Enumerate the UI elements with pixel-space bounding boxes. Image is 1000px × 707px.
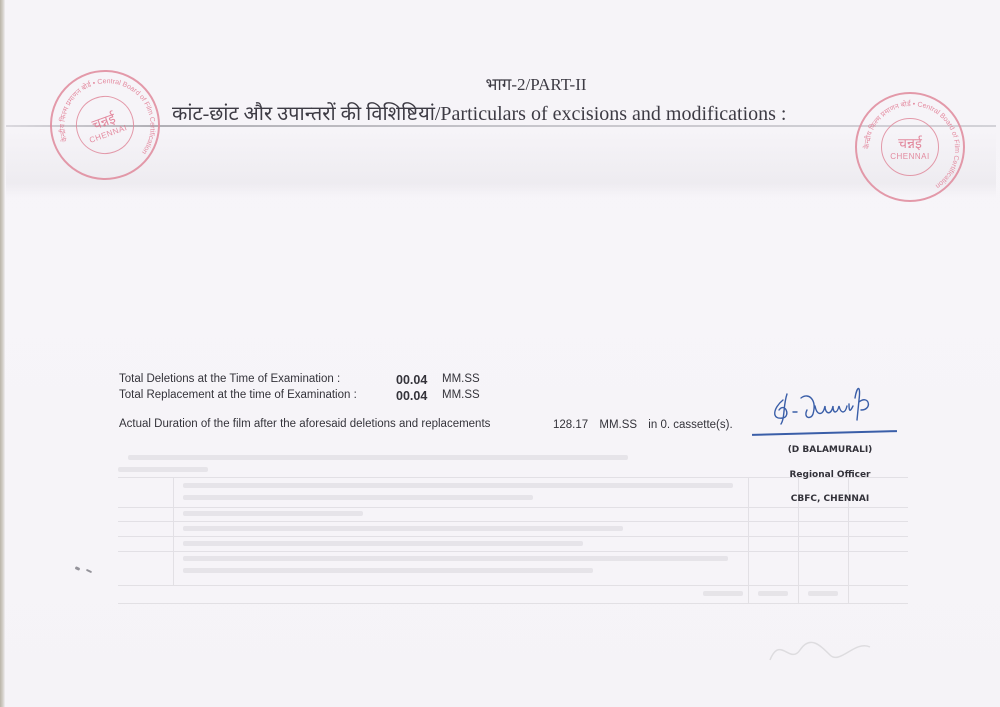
total-replacement-label: Total Replacement at the time of Examina… bbox=[119, 389, 357, 401]
signatory-designation: Regional Officer bbox=[760, 470, 900, 480]
total-replacement-value: 00.04 bbox=[396, 389, 427, 403]
duration-value: 128.17 bbox=[553, 419, 588, 431]
certificate-page: भाग-2/PART-II कांट-छांट और उपान्तरों की … bbox=[0, 0, 1000, 707]
duration-unit: MM.SS bbox=[599, 419, 637, 431]
show-through-signature bbox=[760, 625, 890, 675]
total-deletions-value: 00.04 bbox=[396, 373, 427, 387]
seal-city-english: CHENNAI bbox=[857, 152, 963, 161]
part-heading: भाग-2/PART-II bbox=[36, 72, 1000, 95]
duration-label: Actual Duration of the film after the af… bbox=[119, 418, 490, 430]
signature-line bbox=[752, 430, 897, 435]
section-heading: कांट-छांट और उपान्तरों की विशिष्टियां/Pa… bbox=[172, 99, 872, 126]
scan-speck bbox=[86, 569, 92, 573]
signatory-name: (D BALAMURALI) bbox=[760, 445, 900, 455]
cbfc-seal-right: केन्द्रीय फिल्म प्रमाणन बोर्ड • Central … bbox=[855, 92, 965, 202]
seal-city-hindi: चन्नई bbox=[857, 134, 963, 153]
total-deletions-label: Total Deletions at the Time of Examinati… bbox=[119, 373, 340, 385]
cassette-count: in 0. cassette(s). bbox=[648, 419, 732, 431]
scan-speck bbox=[75, 566, 81, 571]
page-edge bbox=[0, 0, 5, 707]
signatory-office: CBFC, CHENNAI bbox=[760, 494, 900, 504]
duration-value-group: 128.17 MM.SS in 0. cassette(s). bbox=[553, 419, 741, 431]
total-replacement-unit: MM.SS bbox=[442, 389, 480, 401]
signature-icon bbox=[765, 380, 885, 430]
total-deletions-unit: MM.SS bbox=[442, 373, 480, 385]
